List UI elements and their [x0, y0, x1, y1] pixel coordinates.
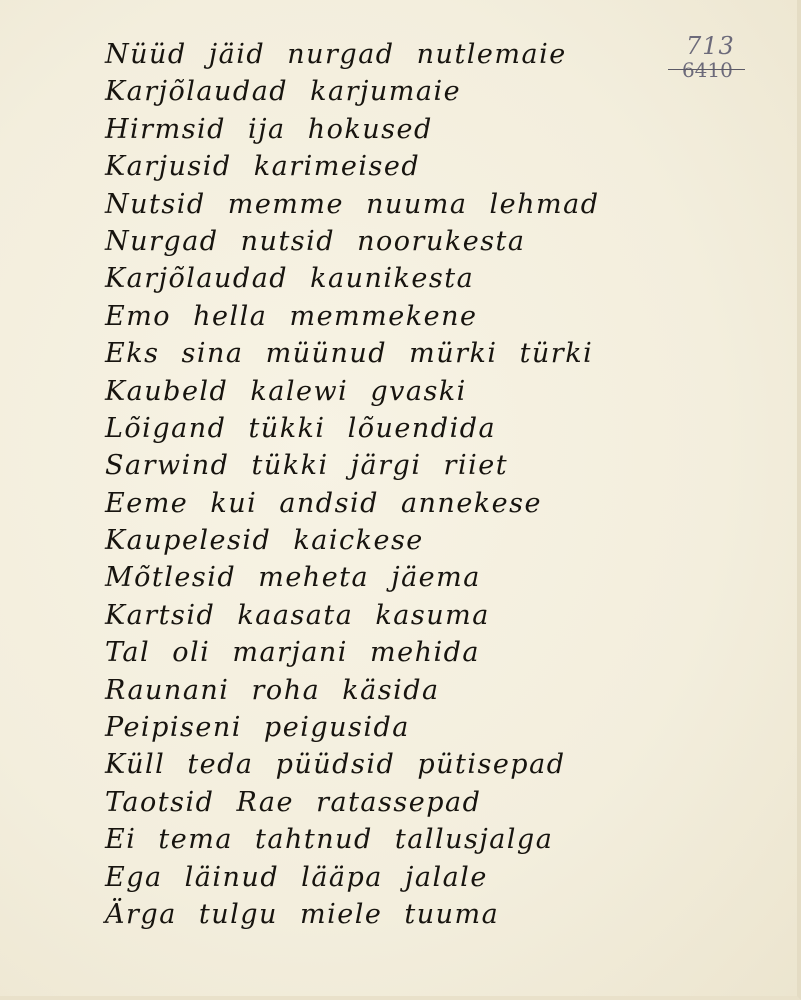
manuscript-page: 713 6410 Nüüd jäid nurgad nutlemaie Karj…: [0, 0, 801, 1000]
poem-line: Peipiseni peigusida: [105, 709, 600, 746]
archive-marks: 713 6410: [680, 32, 735, 82]
poem-text: Nüüd jäid nurgad nutlemaie Karjõlaudad k…: [105, 36, 600, 933]
poem-line: Ega läinud lääpa jalale: [105, 859, 600, 896]
poem-line: Karjõlaudad kaunikesta: [105, 260, 600, 297]
poem-line: Ärga tulgu miele tuuma: [105, 896, 600, 933]
poem-line: Hirmsid ija hokused: [105, 111, 600, 148]
poem-line: Karjusid karimeised: [105, 148, 600, 185]
poem-line: Raunani roha käsida: [105, 672, 600, 709]
poem-line: Sarwind tükki järgi riiet: [105, 447, 600, 484]
poem-line: Tal oli marjani mehida: [105, 634, 600, 671]
poem-line: Eeme kui andsid annekese: [105, 485, 600, 522]
poem-line: Taotsid Rae ratassepad: [105, 784, 600, 821]
poem-line: Kartsid kaasata kasuma: [105, 597, 600, 634]
poem-line: Nurgad nutsid noorukesta: [105, 223, 600, 260]
poem-line: Lõigand tükki lõuendida: [105, 410, 600, 447]
poem-line: Küll teda püüdsid pütisepad: [105, 746, 600, 783]
poem-line: Kaupelesid kaickese: [105, 522, 600, 559]
poem-line: Karjõlaudad karjumaie: [105, 73, 600, 110]
poem-line: Nüüd jäid nurgad nutlemaie: [105, 36, 600, 73]
archive-number: 713: [686, 32, 735, 60]
poem-line: Emo hella memmekene: [105, 298, 600, 335]
poem-line: Mõtlesid meheta jäema: [105, 559, 600, 596]
old-archive-number-struck: 6410: [680, 58, 735, 82]
poem-line: Kaubeld kalewi gvaski: [105, 373, 600, 410]
poem-line: Ei tema tahtnud tallusjalga: [105, 821, 600, 858]
poem-line: Nutsid memme nuuma lehmad: [105, 186, 600, 223]
poem-line: Eks sina müünud mürki türki: [105, 335, 600, 372]
